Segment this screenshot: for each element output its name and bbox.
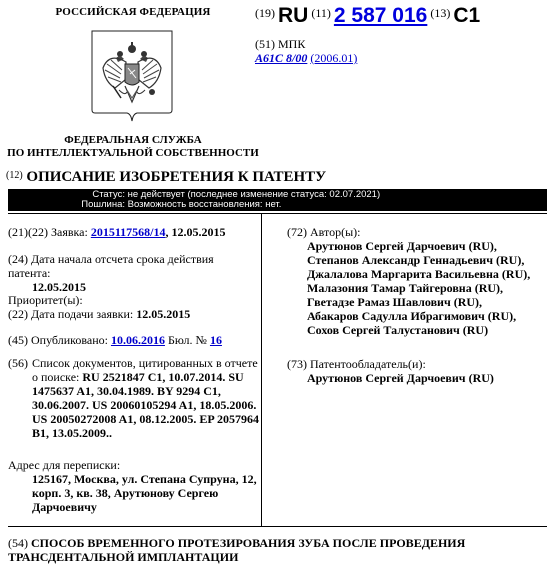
authors-field: (72) Автор(ы): Арутюнов Сергей Дарчоевич… — [287, 225, 555, 337]
ipc-classification: A61C 8/00 (2006.01) — [255, 51, 357, 66]
term-start-field: (24) Дата начала отсчета срока действия … — [8, 252, 258, 294]
author-item: Степанов Александр Геннадьевич (RU), — [307, 253, 555, 267]
divider — [8, 213, 547, 214]
application-field: (21)(22) Заявка: 2015117568/14, 12.05.20… — [8, 225, 258, 239]
ipc-class-link[interactable]: A61C 8/00 — [255, 51, 307, 65]
coat-of-arms-icon — [91, 30, 173, 122]
application-number-link[interactable]: 2015117568/14 — [91, 225, 166, 239]
kind-code: C1 — [453, 4, 480, 27]
author-item: Гветадзе Рамаз Шавлович (RU), — [307, 295, 555, 309]
published-date-link[interactable]: 10.06.2016 — [111, 333, 165, 347]
owners-list: Арутюнов Сергей Дарчоевич (RU) — [287, 371, 555, 385]
priority-field: Приоритет(ы): (22) Дата подачи заявки: 1… — [8, 293, 258, 321]
patent-number-link[interactable]: 2 587 016 — [334, 4, 427, 27]
authors-list: Арутюнов Сергей Дарчоевич (RU),Степанов … — [287, 239, 555, 337]
publication-number: (19) RU (11) 2 587 016 (13) C1 — [255, 4, 480, 28]
address-field: Адрес для переписки: 125167, Москва, ул.… — [8, 458, 258, 514]
ipc-version-link[interactable]: (2006.01) — [310, 51, 357, 65]
cited-documents-field: (56) Список документов, цитированных в о… — [8, 356, 260, 440]
status-bar: Статус: не действует (последнее изменени… — [8, 189, 547, 211]
document-title: (12) ОПИСАНИЕ ИЗОБРЕТЕНИЯ К ПАТЕНТУ — [6, 169, 326, 186]
invention-title: (54) СПОСОБ ВРЕМЕННОГО ПРОТЕЗИРОВАНИЯ ЗУ… — [8, 536, 548, 564]
bulletin-number-link[interactable]: 16 — [210, 333, 222, 347]
published-field: (45) Опубликовано: 10.06.2016 Бюл. № 16 — [8, 333, 258, 347]
author-item: Сохов Сергей Талустанович (RU) — [307, 323, 555, 337]
ipc-label: (51) МПК — [255, 37, 305, 52]
owner-item: Арутюнов Сергей Дарчоевич (RU) — [307, 371, 555, 385]
country-name: РОССИЙСКАЯ ФЕДЕРАЦИЯ — [0, 6, 266, 18]
author-item: Абакаров Садулла Ибрагимович (RU), — [307, 309, 555, 323]
column-divider — [261, 214, 262, 526]
author-item: Джалалова Маргарита Васильевна (RU), — [307, 267, 555, 281]
author-item: Малазония Тамар Тайгеровна (RU), — [307, 281, 555, 295]
fee-row: Пошлина: Возможность восстановления: нет… — [8, 200, 281, 211]
owners-field: (73) Патентообладатель(и): Арутюнов Серг… — [287, 357, 555, 385]
agency-name: ФЕДЕРАЛЬНАЯ СЛУЖБА ПО ИНТЕЛЛЕКТУАЛЬНОЙ С… — [0, 134, 266, 160]
divider — [8, 526, 547, 527]
country-code: RU — [278, 4, 308, 27]
author-item: Арутюнов Сергей Дарчоевич (RU), — [307, 239, 555, 253]
